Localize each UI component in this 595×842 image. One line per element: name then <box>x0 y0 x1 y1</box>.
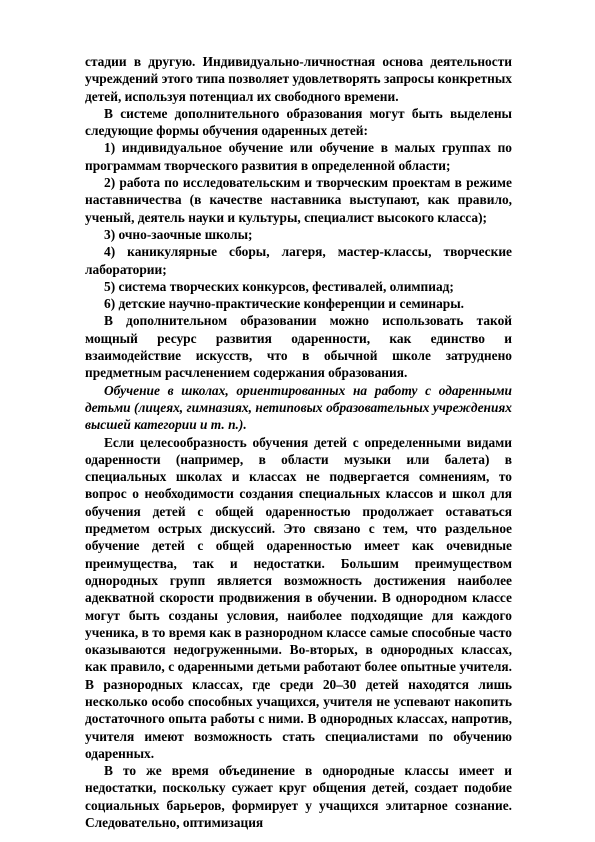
paragraph-additional-education: В дополнительном образовании можно испол… <box>85 312 512 381</box>
subheading-gifted-schools: Обучение в школах, ориентированных на ра… <box>85 382 512 434</box>
list-item-4: 4) каникулярные сборы, лагеря, мастер-кл… <box>85 243 512 278</box>
paragraph-drawbacks: В то же время объединение в однородные к… <box>85 762 512 831</box>
text-block: стадии в другую. Индивидуально-личностна… <box>85 53 512 831</box>
paragraph-homogeneous-classes: Если целесообразность обучения детей с о… <box>85 434 512 763</box>
list-item-1: 1) индивидуальное обучение или обучение … <box>85 139 512 174</box>
list-item-3: 3) очно-заочные школы; <box>85 226 512 243</box>
paragraph-intro-forms: В системе дополнительного образования мо… <box>85 105 512 140</box>
list-item-5: 5) система творческих конкурсов, фестива… <box>85 278 512 295</box>
document-page: стадии в другую. Индивидуально-личностна… <box>0 0 595 842</box>
list-item-6: 6) детские научно-практические конференц… <box>85 295 512 312</box>
list-item-2: 2) работа по исследовательским и творчес… <box>85 174 512 226</box>
paragraph-continuation: стадии в другую. Индивидуально-личностна… <box>85 53 512 105</box>
